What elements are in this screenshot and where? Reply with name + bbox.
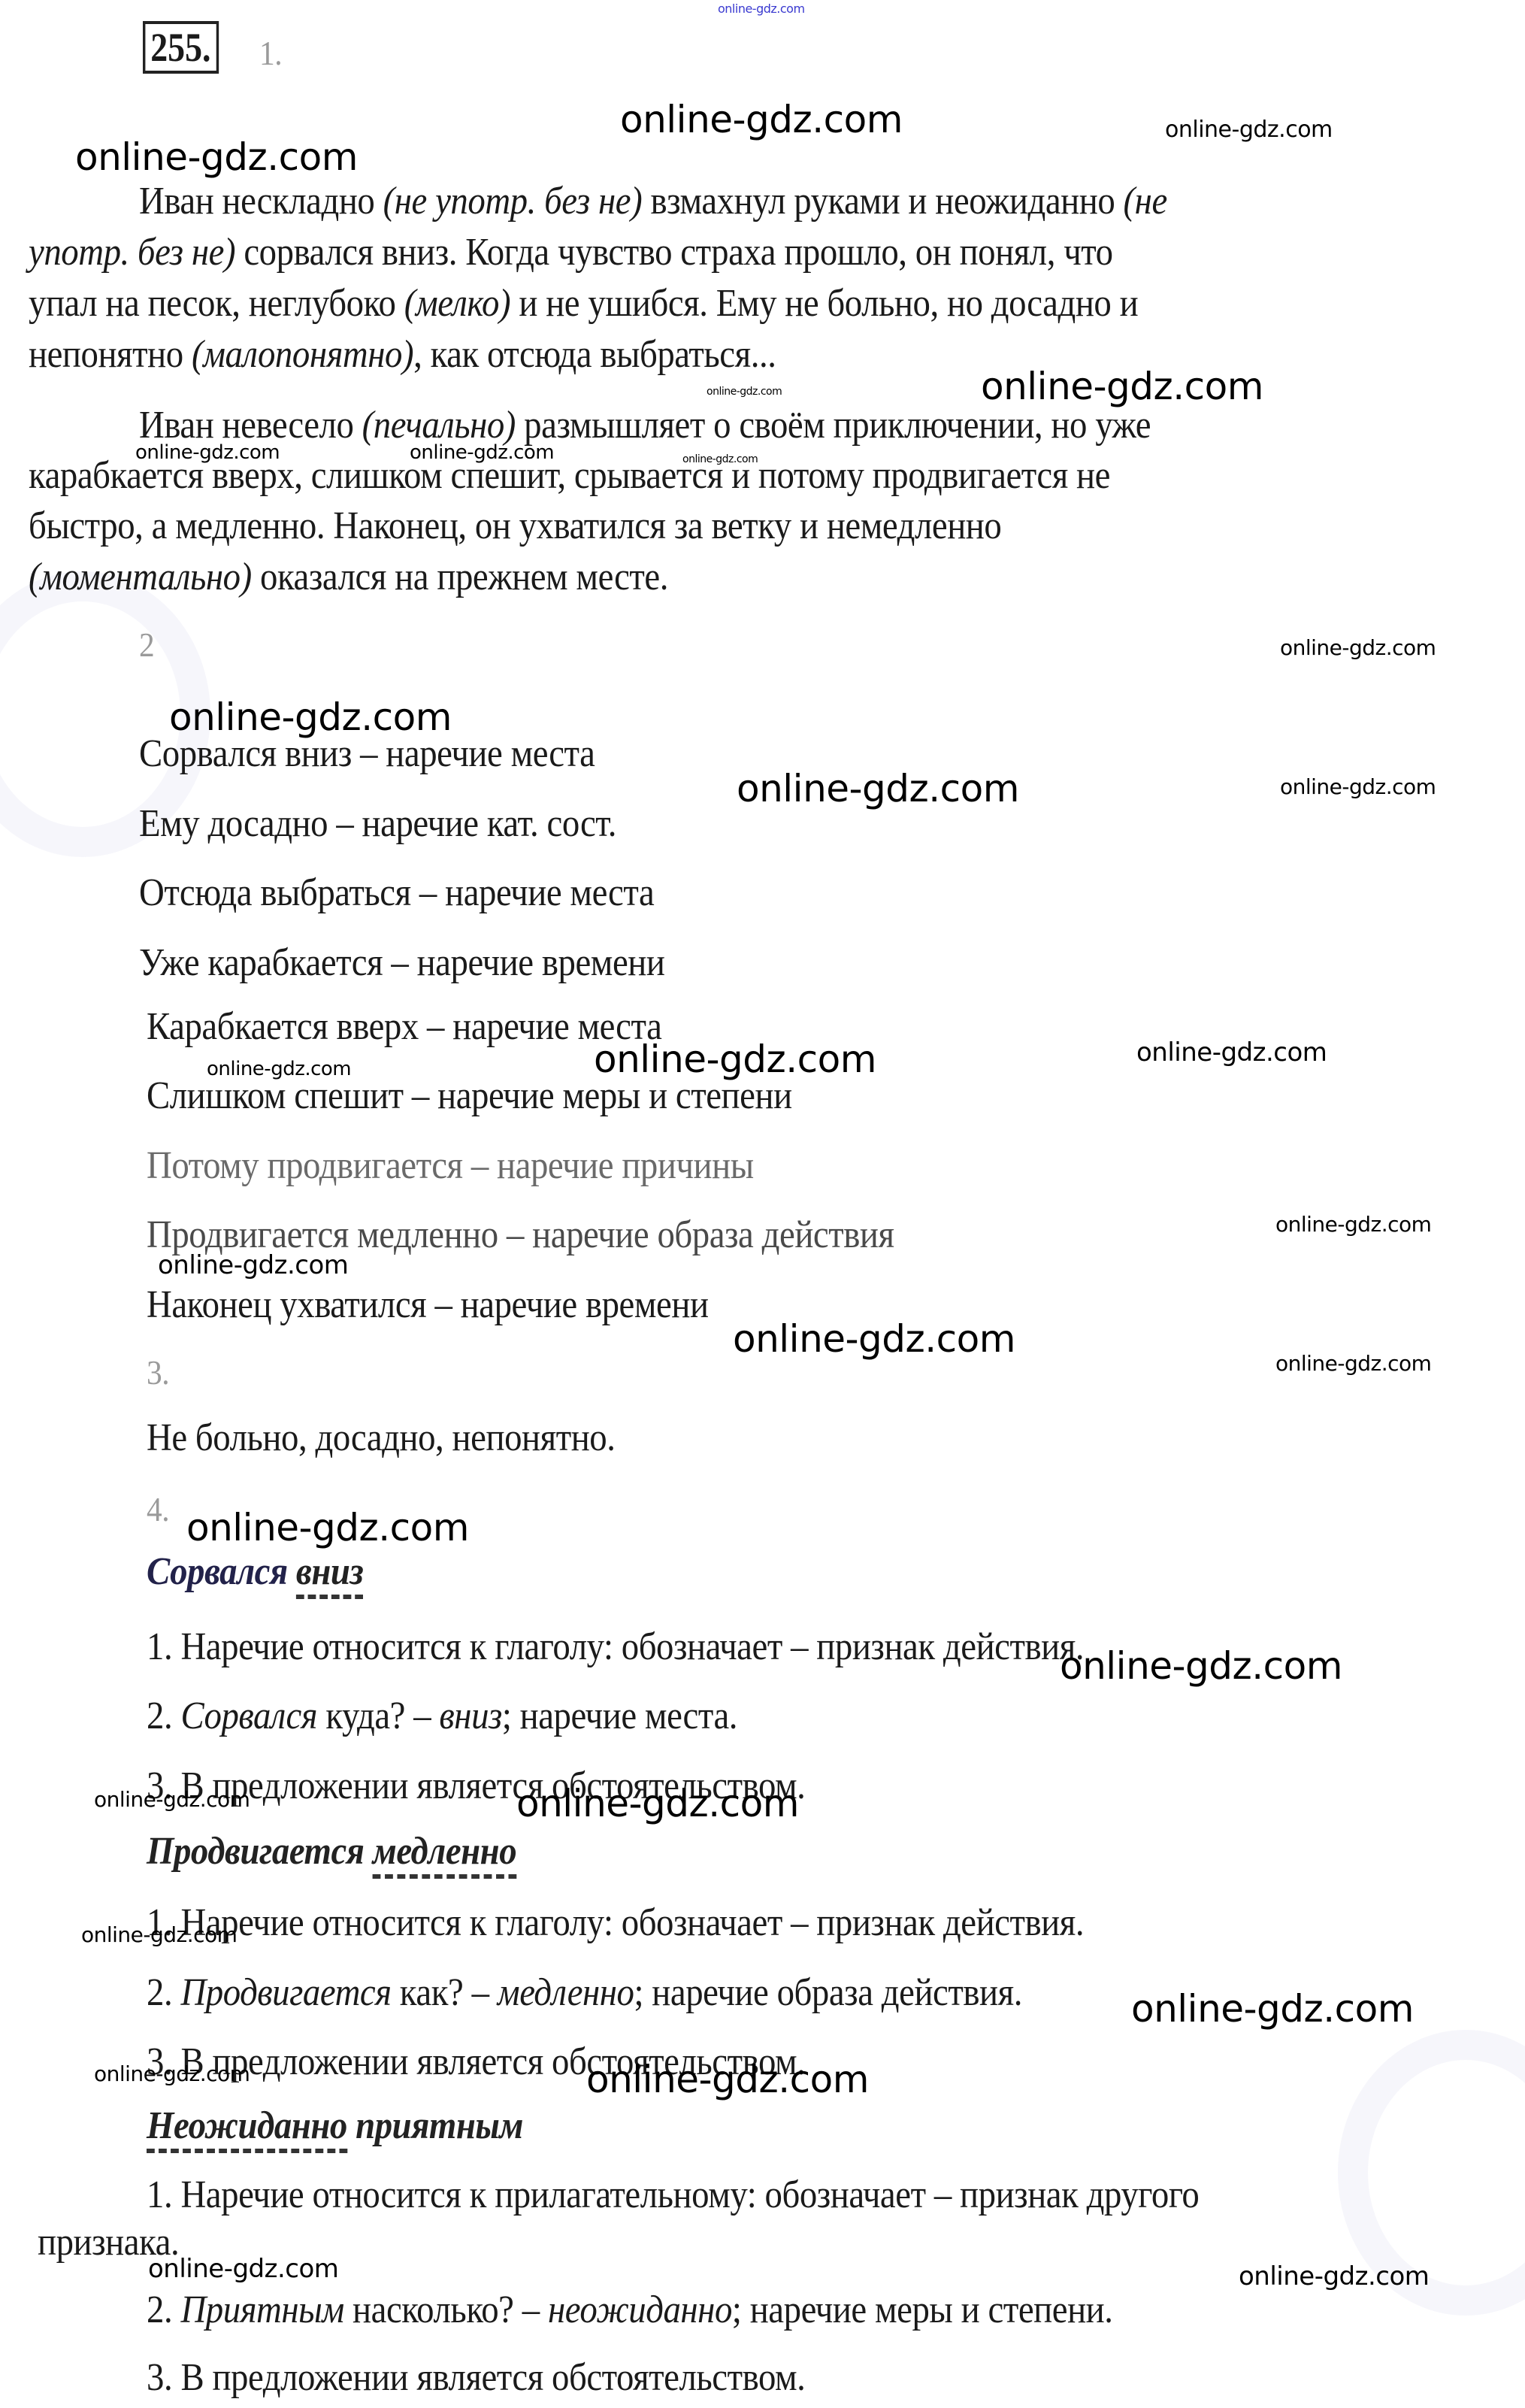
watermark: online-gdz.com [207,1058,351,1080]
exercise-number: 255. [143,21,219,74]
analysis2-point2: 2. Продвигается как? – медленно; наречие… [147,1968,1022,2018]
section1-number: 1. [259,29,282,78]
watermark: online-gdz.com [81,1922,237,1947]
paragraph2-line4: (моментально) оказался на прежнем месте. [29,553,668,602]
watermark: online-gdz.com [733,1317,1015,1361]
watermark: online-gdz.com [186,1506,469,1549]
watermark: online-gdz.com [682,453,758,465]
analysis3-point3: 3. В предложении является обстоятельство… [147,2353,805,2403]
section2-item: Уже карабкается – наречие времени [139,938,664,988]
watermark: online-gdz.com [94,1787,250,1812]
paragraph1-line2: употр. без не) сорвался вниз. Когда чувс… [29,228,1113,277]
analysis2-heading: Продвигается медленно [147,1827,516,1876]
watermark: online-gdz.com [620,98,903,141]
analysis3-point1-line1: 1. Наречие относится к прилагательному: … [147,2170,1199,2220]
section4-number: 4. [147,1485,169,1534]
paragraph1-line4: непонятно (малопонятно), как отсюда выбр… [29,330,776,380]
watermark: online-gdz.com [148,2254,338,2284]
watermark: online-gdz.com [1275,1351,1431,1376]
watermark: online-gdz.com [586,2058,869,2101]
section2-item: Наконец ухватился – наречие времени [147,1280,709,1330]
watermark: online-gdz.com [1280,635,1436,660]
section2-item: Карабкается вверх – наречие места [147,1002,661,1052]
paragraph1-line3: упал на песок, неглубоко (мелко) и не уш… [29,279,1138,329]
watermark: online-gdz.com [169,695,452,739]
analysis1-point2: 2. Сорвался куда? – вниз; наречие места. [147,1692,737,1741]
watermark: online-gdz.com [75,135,358,179]
watermark: online-gdz.com [1131,1987,1414,2031]
watermark: online-gdz.com [707,386,782,398]
analysis3-point2: 2. Приятным насколько? – неожиданно; нар… [147,2285,1113,2335]
analysis3-heading: Неожиданно приятным [147,2101,523,2151]
section3-text: Не больно, досадно, непонятно. [147,1413,615,1463]
watermark: online-gdz.com [516,1782,799,1825]
analysis2-point1: 1. Наречие относится к глаголу: обознача… [147,1898,1084,1948]
watermark: online-gdz.com [1165,117,1333,143]
watermark: online-gdz.com [1136,1037,1327,1068]
watermark: online-gdz.com [410,441,554,464]
section2-item: Ему досадно – наречие кат. сост. [139,799,616,849]
watermark: online-gdz.com [981,365,1263,408]
analysis1-heading: Сорвался вниз [147,1547,363,1597]
section2-item: Отсюда выбраться – наречие места [139,868,654,918]
watermark: online-gdz.com [135,441,280,464]
watermark: online-gdz.com [737,767,1019,810]
analysis1-point1: 1. Наречие относится к глаголу: обознача… [147,1622,1084,1672]
watermark: online-gdz.com [1275,1212,1431,1237]
watermark: online-gdz.com [594,1037,876,1081]
paragraph1-line1: Иван нескладно (не употр. без не) взмахн… [139,177,1167,226]
section2-number: 2 [139,620,154,670]
watermark-top: online-gdz.com [718,2,805,16]
watermark: online-gdz.com [158,1250,348,1280]
watermark: online-gdz.com [1280,774,1436,799]
watermark: online-gdz.com [1060,1644,1342,1688]
watermark: online-gdz.com [94,2061,250,2086]
paragraph2-line3: быстро, а медленно. Наконец, он ухватилс… [29,501,1001,551]
section3-number: 3. [147,1348,169,1398]
section2-item: Потому продвигается – наречие причины [147,1141,754,1191]
watermark: online-gdz.com [1239,2261,1429,2291]
